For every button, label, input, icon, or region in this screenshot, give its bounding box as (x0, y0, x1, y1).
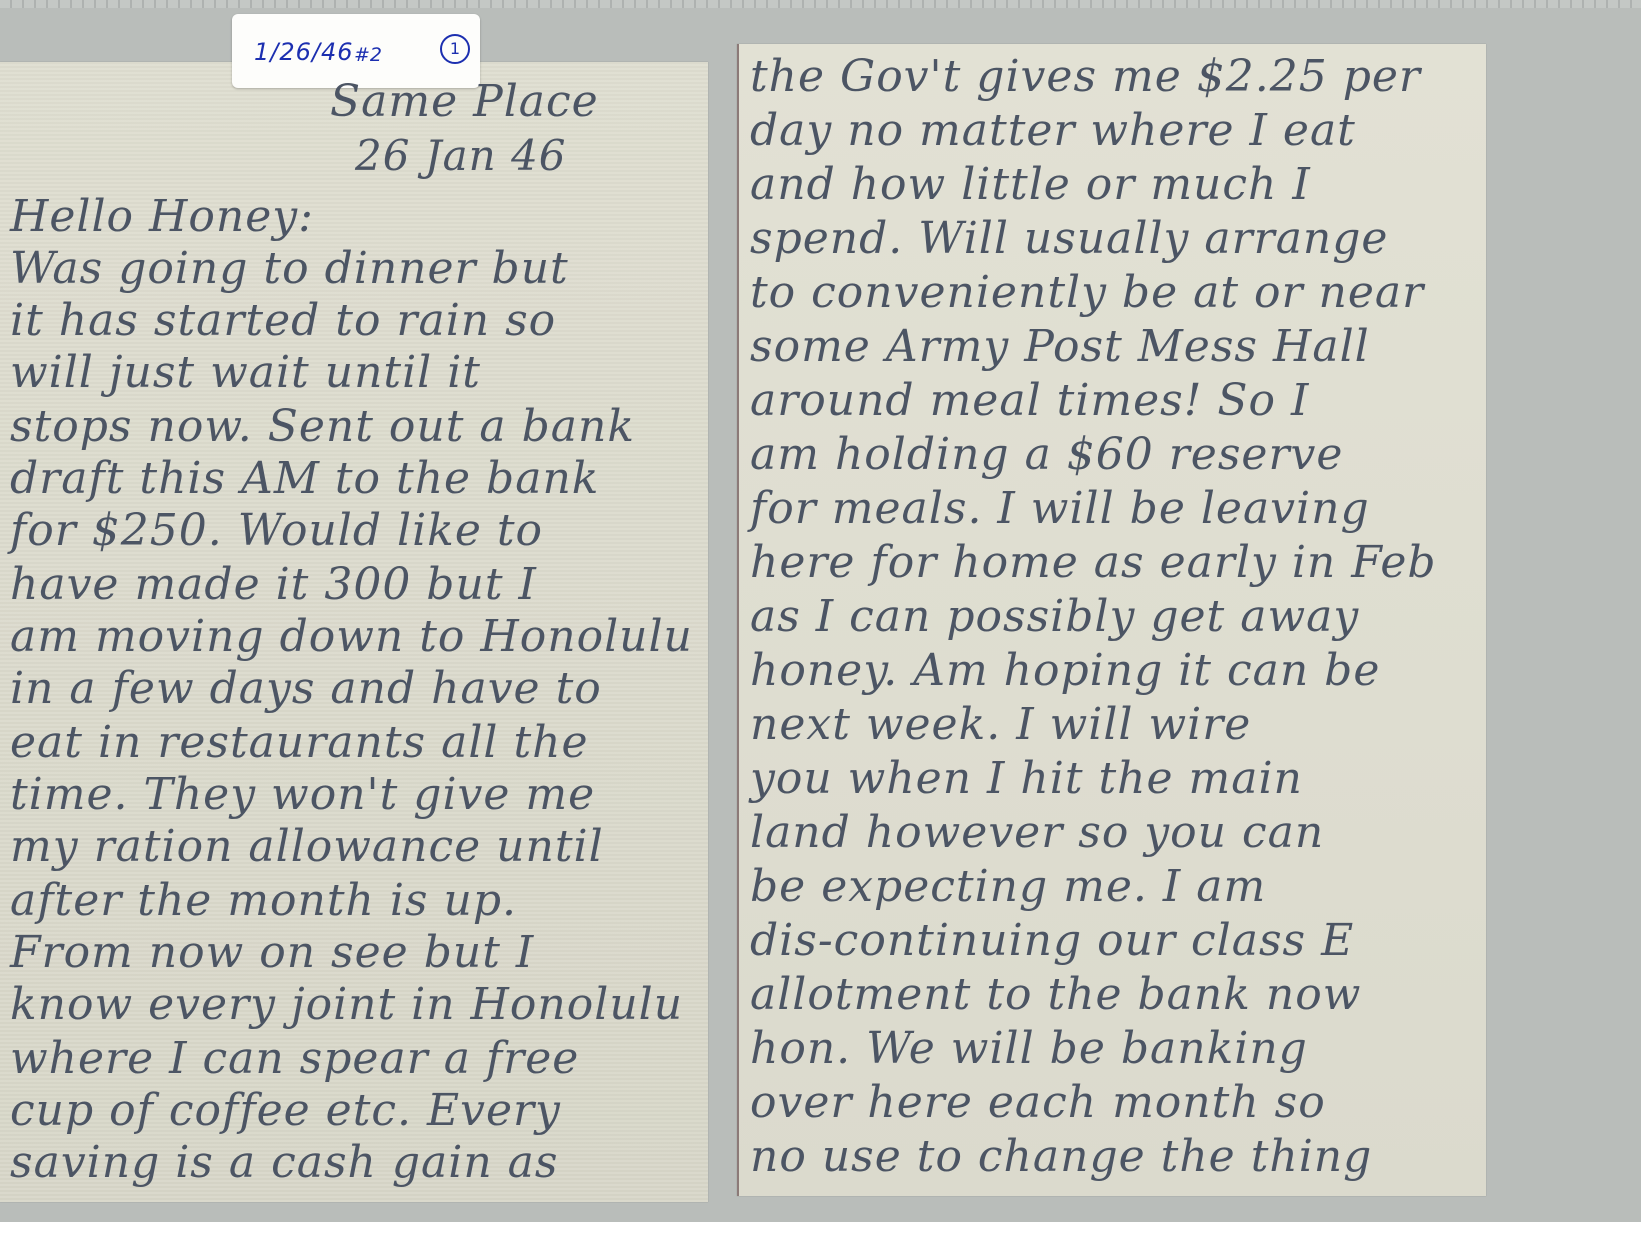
text-line: From now on see but I (10, 931, 534, 975)
text-line: allotment to the bank now (750, 973, 1361, 1017)
text-line: time. They won't give me (10, 773, 595, 817)
text-line: for meals. I will be leaving (750, 487, 1370, 531)
text-line: some Army Post Mess Hall (750, 325, 1370, 369)
text-line: draft this AM to the bank (10, 457, 599, 501)
text-line: cup of coffee etc. Every (10, 1089, 561, 1133)
text-line: saving is a cash gain as (10, 1141, 558, 1185)
text-line: stops now. Sent out a bank (10, 405, 635, 449)
scanner-edge (0, 0, 1641, 8)
text-line: after the month is up. (10, 879, 517, 923)
text-line: you when I hit the main (750, 757, 1303, 801)
text-line: my ration allowance until (10, 825, 604, 869)
text-line: no use to change the thing (750, 1135, 1372, 1179)
text-line: hon. We will be banking (750, 1027, 1308, 1071)
text-line: honey. Am hoping it can be (750, 649, 1380, 693)
text-line: around meal times! So I (750, 379, 1309, 423)
text-line: dis-continuing our class E (750, 919, 1354, 963)
text-line: have made it 300 but I (10, 563, 537, 607)
text-line: here for home as early in Feb (750, 541, 1437, 585)
text-line: it has started to rain so (10, 299, 556, 343)
text-line: and how little or much I (750, 163, 1311, 207)
text-line: day no matter where I eat (750, 109, 1356, 153)
text-line: next week. I will wire (750, 703, 1251, 747)
greeting: Hello Honey: (10, 195, 314, 239)
text-line: land however so you can (750, 811, 1324, 855)
text-line: am holding a $60 reserve (750, 433, 1343, 477)
letter-place: Same Place (330, 80, 599, 124)
text-line: be expecting me. I am (750, 865, 1266, 909)
text-line: will just wait until it (10, 351, 481, 395)
label-date: 1/26/46 (254, 38, 354, 66)
text-line: for $250. Would like to (10, 509, 543, 553)
label-number: #2 (354, 44, 382, 66)
label-circled-number: 1 (440, 34, 470, 64)
text-line: spend. Will usually arrange (750, 217, 1388, 261)
letter-date: 26 Jan 46 (355, 135, 567, 177)
text-line: as I can possibly get away (750, 595, 1359, 639)
text-line: eat in restaurants all the (10, 721, 589, 765)
text-line: to conveniently be at or near (750, 271, 1424, 315)
text-line: where I can spear a free (10, 1037, 579, 1081)
text-line: in a few days and have to (10, 667, 602, 711)
text-line: am moving down to Honolulu (10, 615, 693, 659)
text-line: know every joint in Honolulu (10, 983, 683, 1027)
text-line: over here each month so (750, 1081, 1326, 1125)
text-line: the Gov't gives me $2.25 per (750, 55, 1421, 99)
text-line: Was going to dinner but (10, 247, 569, 291)
